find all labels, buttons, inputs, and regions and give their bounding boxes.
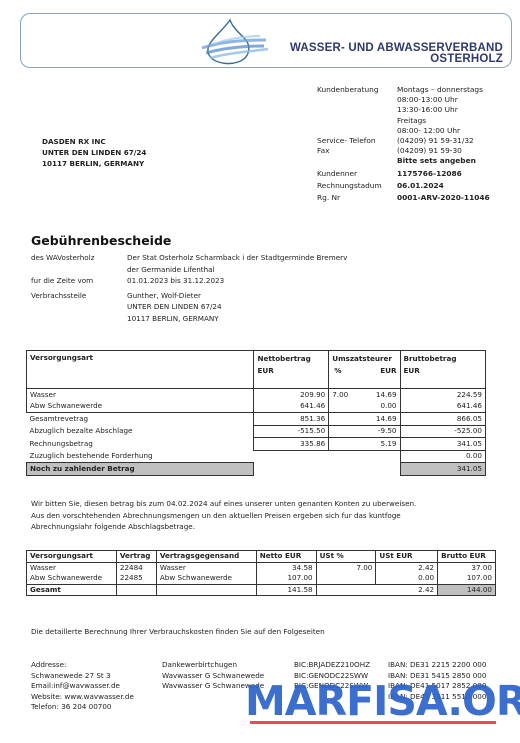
header-versorgungsart: Versorgungsart [27, 351, 254, 389]
cell-gegenstand: Wasser [156, 562, 256, 573]
row-netto: 851.36 [254, 413, 329, 426]
row-label: Wasser [27, 389, 254, 401]
detail-label: fur die Zeite vom [31, 275, 127, 287]
address-phone: Telefon: 36 204 00700 [31, 702, 134, 713]
header-brutto-unit: EUR [404, 365, 482, 377]
reference-note: Bitte sets angeben [397, 156, 490, 166]
service-phone-label: Service- Telefon [317, 136, 397, 146]
detail-value: 10117 BERLIN, GERMANY [127, 313, 347, 325]
service-phone-value: (04209) 91 59-31/32 [397, 136, 490, 146]
followup-note: Die detaillerte Berechnung Ihrer Verbrau… [31, 627, 325, 637]
row-label: Gesamtrevetrag [27, 413, 254, 426]
paragraph-line: Wir bitten Sie, diesen betrag bis zum 04… [31, 498, 416, 510]
row-brutto: 0.00 [400, 450, 485, 463]
row-pct [329, 413, 355, 426]
fax-label: Fax [317, 146, 397, 156]
cell-gegenstand: Abw Schwanewerde [156, 573, 256, 584]
recipient-name: DASDEN RX INC [42, 136, 146, 147]
row-label: Abw Schwanewerde [27, 401, 254, 413]
hours-line: 13:30-16:00 Uhr [397, 105, 490, 115]
hours-line: 08:00-13:00 Uhr [397, 95, 490, 105]
row-ust: 5.19 [355, 438, 400, 451]
header-ust-eur: EUR [380, 365, 396, 377]
paragraph-line: Abrechnungsiahr folgende Abschlagsbetrag… [31, 521, 416, 533]
iban-value: IBAN: DE31 2215 2200 000 [388, 660, 486, 671]
cell-netto: 34.58 [256, 562, 316, 573]
address-heading: Addresse: [31, 660, 134, 671]
table-row-total: Gesamt 141.58 2.42 144.00 [27, 584, 496, 596]
row-label: Zuzuglich bestehende Forderhung [27, 450, 254, 463]
watermark-text: MARFISA.ORG [245, 681, 520, 721]
billing-summary-table: Versorgungsart NettobertragEUR Umszatste… [26, 350, 486, 476]
header-ust: Umszatsteurer [332, 353, 396, 365]
table-row: Rechnungsbetrag 335.86 5.19 341.05 [27, 438, 486, 451]
table-row: Abzuglich bezalte Abschlage -515.50 -9.5… [27, 425, 486, 438]
header-cell: Vertrag [116, 551, 156, 563]
invoice-number-value: 0001-ARV-2020-11046 [397, 191, 490, 203]
document-title: Gebührenbescheide [31, 236, 171, 246]
row-brutto: 341.05 [400, 438, 485, 451]
row-pct [329, 401, 355, 413]
cell-brutto: 107.00 [438, 573, 496, 584]
cell-vertrag: 22485 [116, 573, 156, 584]
detail-value: Gunther, Wolf-Dieter [127, 290, 347, 302]
recipient-address: DASDEN RX INC UNTER DEN LINDEN 67/24 101… [42, 136, 146, 169]
row-netto: 335.86 [254, 438, 329, 451]
row-brutto: -525.00 [400, 425, 485, 438]
paragraph-line: Aus den vorschtehenden Abrechnungsmengen… [31, 510, 416, 522]
row-netto: 641.46 [254, 401, 329, 413]
invoice-number-label: Rg. Nr [317, 191, 397, 203]
cell-ust-eur: 2.42 [376, 562, 438, 573]
table-row: Gesamtrevetrag 851.36 14.69 866.05 [27, 413, 486, 426]
row-netto: 209.90 [254, 389, 329, 401]
cell-ust-eur: 2.42 [376, 584, 438, 596]
row-label-total: Noch zu zahlender Betrag [27, 463, 254, 476]
bic-value: BIC:BRJADEZ210OHZ [294, 660, 370, 671]
row-ust: -9.50 [355, 425, 400, 438]
table-row: Wasser 209.90 7.00 14.69 224.59 [27, 389, 486, 401]
header-cell: Vertragsgegensand [156, 551, 256, 563]
row-ust: 14.69 [355, 413, 400, 426]
row-pct [329, 425, 355, 438]
detail-value: 01.01.2023 bis 31.12.2023 [127, 275, 347, 287]
fax-value: (04209) 91 59-30 [397, 146, 490, 156]
cell-art: Wasser [27, 562, 117, 573]
cell-ust-pct: 7.00 [316, 562, 376, 573]
cell-art: Abw Schwanewerde [27, 573, 117, 584]
table-row: Abw Schwanewerde 22485 Abw Schwanewerde … [27, 573, 496, 584]
address-website[interactable]: Website: www.wavwasser.de [31, 692, 134, 703]
table-row-total: Noch zu zahlender Betrag 341.05 [27, 463, 486, 476]
row-ust: 14.69 [355, 389, 400, 401]
address-email[interactable]: Email:inf@wavwasser.de [31, 681, 134, 692]
row-netto: -515.50 [254, 425, 329, 438]
row-brutto: 866.05 [400, 413, 485, 426]
bescheid-details: des WAVosterholz Der Stat Osterholz Scha… [31, 252, 347, 324]
customer-number-label: Kundenner [317, 167, 397, 179]
header-brutto: Bruttobetrag [404, 353, 482, 365]
recipient-city: 10117 BERLIN, GERMANY [42, 158, 146, 169]
cell-brutto-total: 144.00 [438, 584, 496, 596]
hours-line: 08:00- 12:00 Uhr [397, 126, 490, 136]
cell-gegenstand [156, 584, 256, 596]
row-label: Rechnungsbetrag [27, 438, 254, 451]
detail-value: der Germanide Lifenthal [127, 264, 347, 276]
detail-value: Der Stat Osterholz Scharmback i der Stad… [127, 252, 347, 264]
cell-vertrag [116, 584, 156, 596]
cell-brutto: 37.00 [438, 562, 496, 573]
row-pct [329, 438, 355, 451]
watermark-underline [250, 721, 496, 724]
cell-ust-pct [316, 573, 376, 584]
header-cell: Netto EUR [256, 551, 316, 563]
cell-ust-pct [316, 584, 376, 596]
table-row: Abw Schwanewerde 641.46 0.00 641.46 [27, 401, 486, 413]
cell-ust-eur: 0.00 [376, 573, 438, 584]
customer-number-value: 1175766-12086 [397, 167, 490, 179]
header-cell: Versorgungsart [27, 551, 117, 563]
hours-line: Freitags [397, 116, 490, 126]
invoice-date-label: Rechnungstadum [317, 179, 397, 191]
table-header-row: Versorgungsart NettobertragEUR Umszatste… [27, 351, 486, 389]
cell-art: Gesamt [27, 584, 117, 596]
detail-value: UNTER DEN LINDEN 67/24 [127, 301, 347, 313]
contact-block: Kundenberatung Montags – donnerstags 08:… [317, 85, 490, 203]
kundenberatung-label: Kundenberatung [317, 85, 397, 136]
recipient-street: UNTER DEN LINDEN 67/24 [42, 147, 146, 158]
detail-label: des WAVosterholz [31, 252, 127, 275]
row-pct: 7.00 [329, 389, 355, 401]
header-netto-unit: EUR [257, 365, 325, 377]
table-row: Zuzuglich bestehende Forderhung 0.00 [27, 450, 486, 463]
org-name-line2: OSTERHOLZ [255, 54, 503, 65]
bank-heading: Dankewerbirtchugen [162, 660, 264, 671]
row-brutto: 224.59 [400, 389, 485, 401]
payment-instructions: Wir bitten Sie, diesen betrag bis zum 04… [31, 498, 416, 533]
row-ust: 0.00 [355, 401, 400, 413]
detail-label: Verbrachssteile [31, 287, 127, 325]
row-label: Abzuglich bezalte Abschlage [27, 425, 254, 438]
table-header-row: Versorgungsart Vertrag Vertragsgegensand… [27, 551, 496, 563]
table-row: Wasser 22484 Wasser 34.58 7.00 2.42 37.0… [27, 562, 496, 573]
invoice-date-value: 06.01.2024 [397, 179, 490, 191]
header-cell: USt EUR [376, 551, 438, 563]
cell-netto: 107.00 [256, 573, 316, 584]
header-cell: USt % [316, 551, 376, 563]
header-ust-pct: % [334, 365, 341, 377]
footer-address: Addresse: Schwanewede 27 St 3 Email:inf@… [31, 660, 134, 713]
row-brutto: 641.46 [400, 401, 485, 413]
header-netto: Nettobertrag [257, 353, 325, 365]
header-cell: Brutto EUR [438, 551, 496, 563]
row-brutto-total: 341.05 [400, 463, 485, 476]
cell-vertrag: 22484 [116, 562, 156, 573]
hours-line: Montags – donnerstags [397, 85, 490, 95]
cell-netto: 141.58 [256, 584, 316, 596]
address-street: Schwanewede 27 St 3 [31, 671, 134, 682]
installment-table: Versorgungsart Vertrag Vertragsgegensand… [26, 550, 496, 596]
